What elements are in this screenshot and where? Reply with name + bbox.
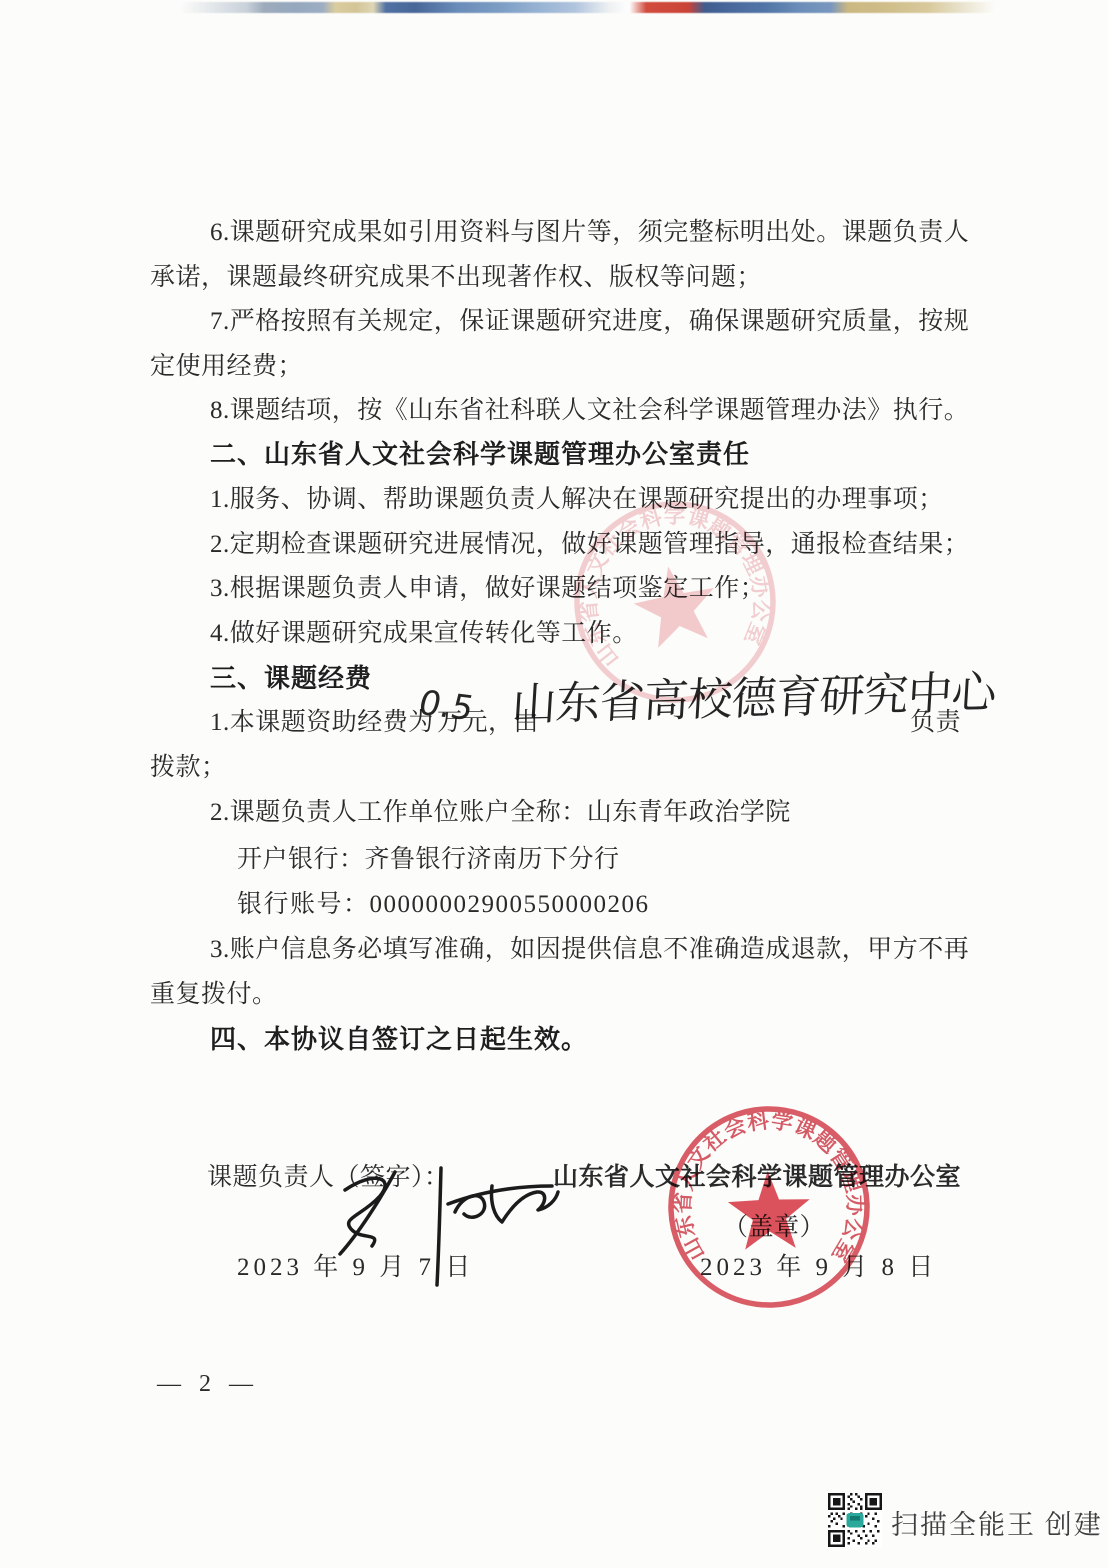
doc-line: 6.课题研究成果如引用资料与图片等，须完整标明出处。课题负责人 <box>210 212 969 248</box>
doc-line: 3.账户信息务必填写准确，如因提供信息不准确造成退款，甲方不再 <box>210 929 969 965</box>
doc-line: 1.服务、协调、帮助课题负责人解决在课题研究提出的办理事项； <box>210 479 944 515</box>
doc-line: 8.课题结项，按《山东省社科联人文社会科学课题管理办法》执行。 <box>210 390 969 426</box>
official-seal-stamp: 山东省人文社会科学课题管理办公室 <box>659 1097 878 1316</box>
doc-line: 重复拨付。 <box>150 974 278 1010</box>
doc-line: 拨款； <box>150 747 227 783</box>
scanned-document-page: 山东省人文社会科学课题管理办公室 6.课题研究成果如引用资料与图片等，须完整标明… <box>0 0 1108 1568</box>
section-heading-iii: 三、课题经费 <box>210 658 372 695</box>
faint-seal-stamp: 山东省人文社会科学课题管理办公室 <box>551 478 800 727</box>
doc-line: 7.严格按照有关规定，保证课题研究进度，确保课题研究质量，按规 <box>210 301 969 337</box>
section-heading-ii: 二、山东省人文社会科学课题管理办公室责任 <box>210 434 750 471</box>
funding-line-prefix: 1.本课题资助经费为 <box>210 702 434 738</box>
page-number: — 2 — <box>157 1371 259 1398</box>
qr-code <box>828 1493 882 1547</box>
account-name-line: 2.课题负责人工作单位账户全称：山东青年政治学院 <box>210 792 791 828</box>
scanner-credit-label: 扫描全能王 创建 <box>891 1503 1103 1542</box>
seal-star-icon <box>628 559 723 651</box>
section-heading-iv: 四、本协议自签订之日起生效。 <box>210 1019 588 1056</box>
scan-edge-strip <box>180 2 1020 13</box>
signature-scrawl <box>318 1142 568 1292</box>
bank-name-line: 开户银行：齐鲁银行济南历下分行 <box>237 839 620 875</box>
bank-account-line: 银行账号：00000002900550000206 <box>237 884 650 920</box>
handwritten-amount: 0.5 <box>414 683 477 729</box>
seal-star-icon <box>727 1170 811 1251</box>
doc-line: 定使用经费； <box>150 346 303 382</box>
doc-line: 承诺，课题最终研究成果不出现著作权、版权等问题； <box>150 257 762 293</box>
